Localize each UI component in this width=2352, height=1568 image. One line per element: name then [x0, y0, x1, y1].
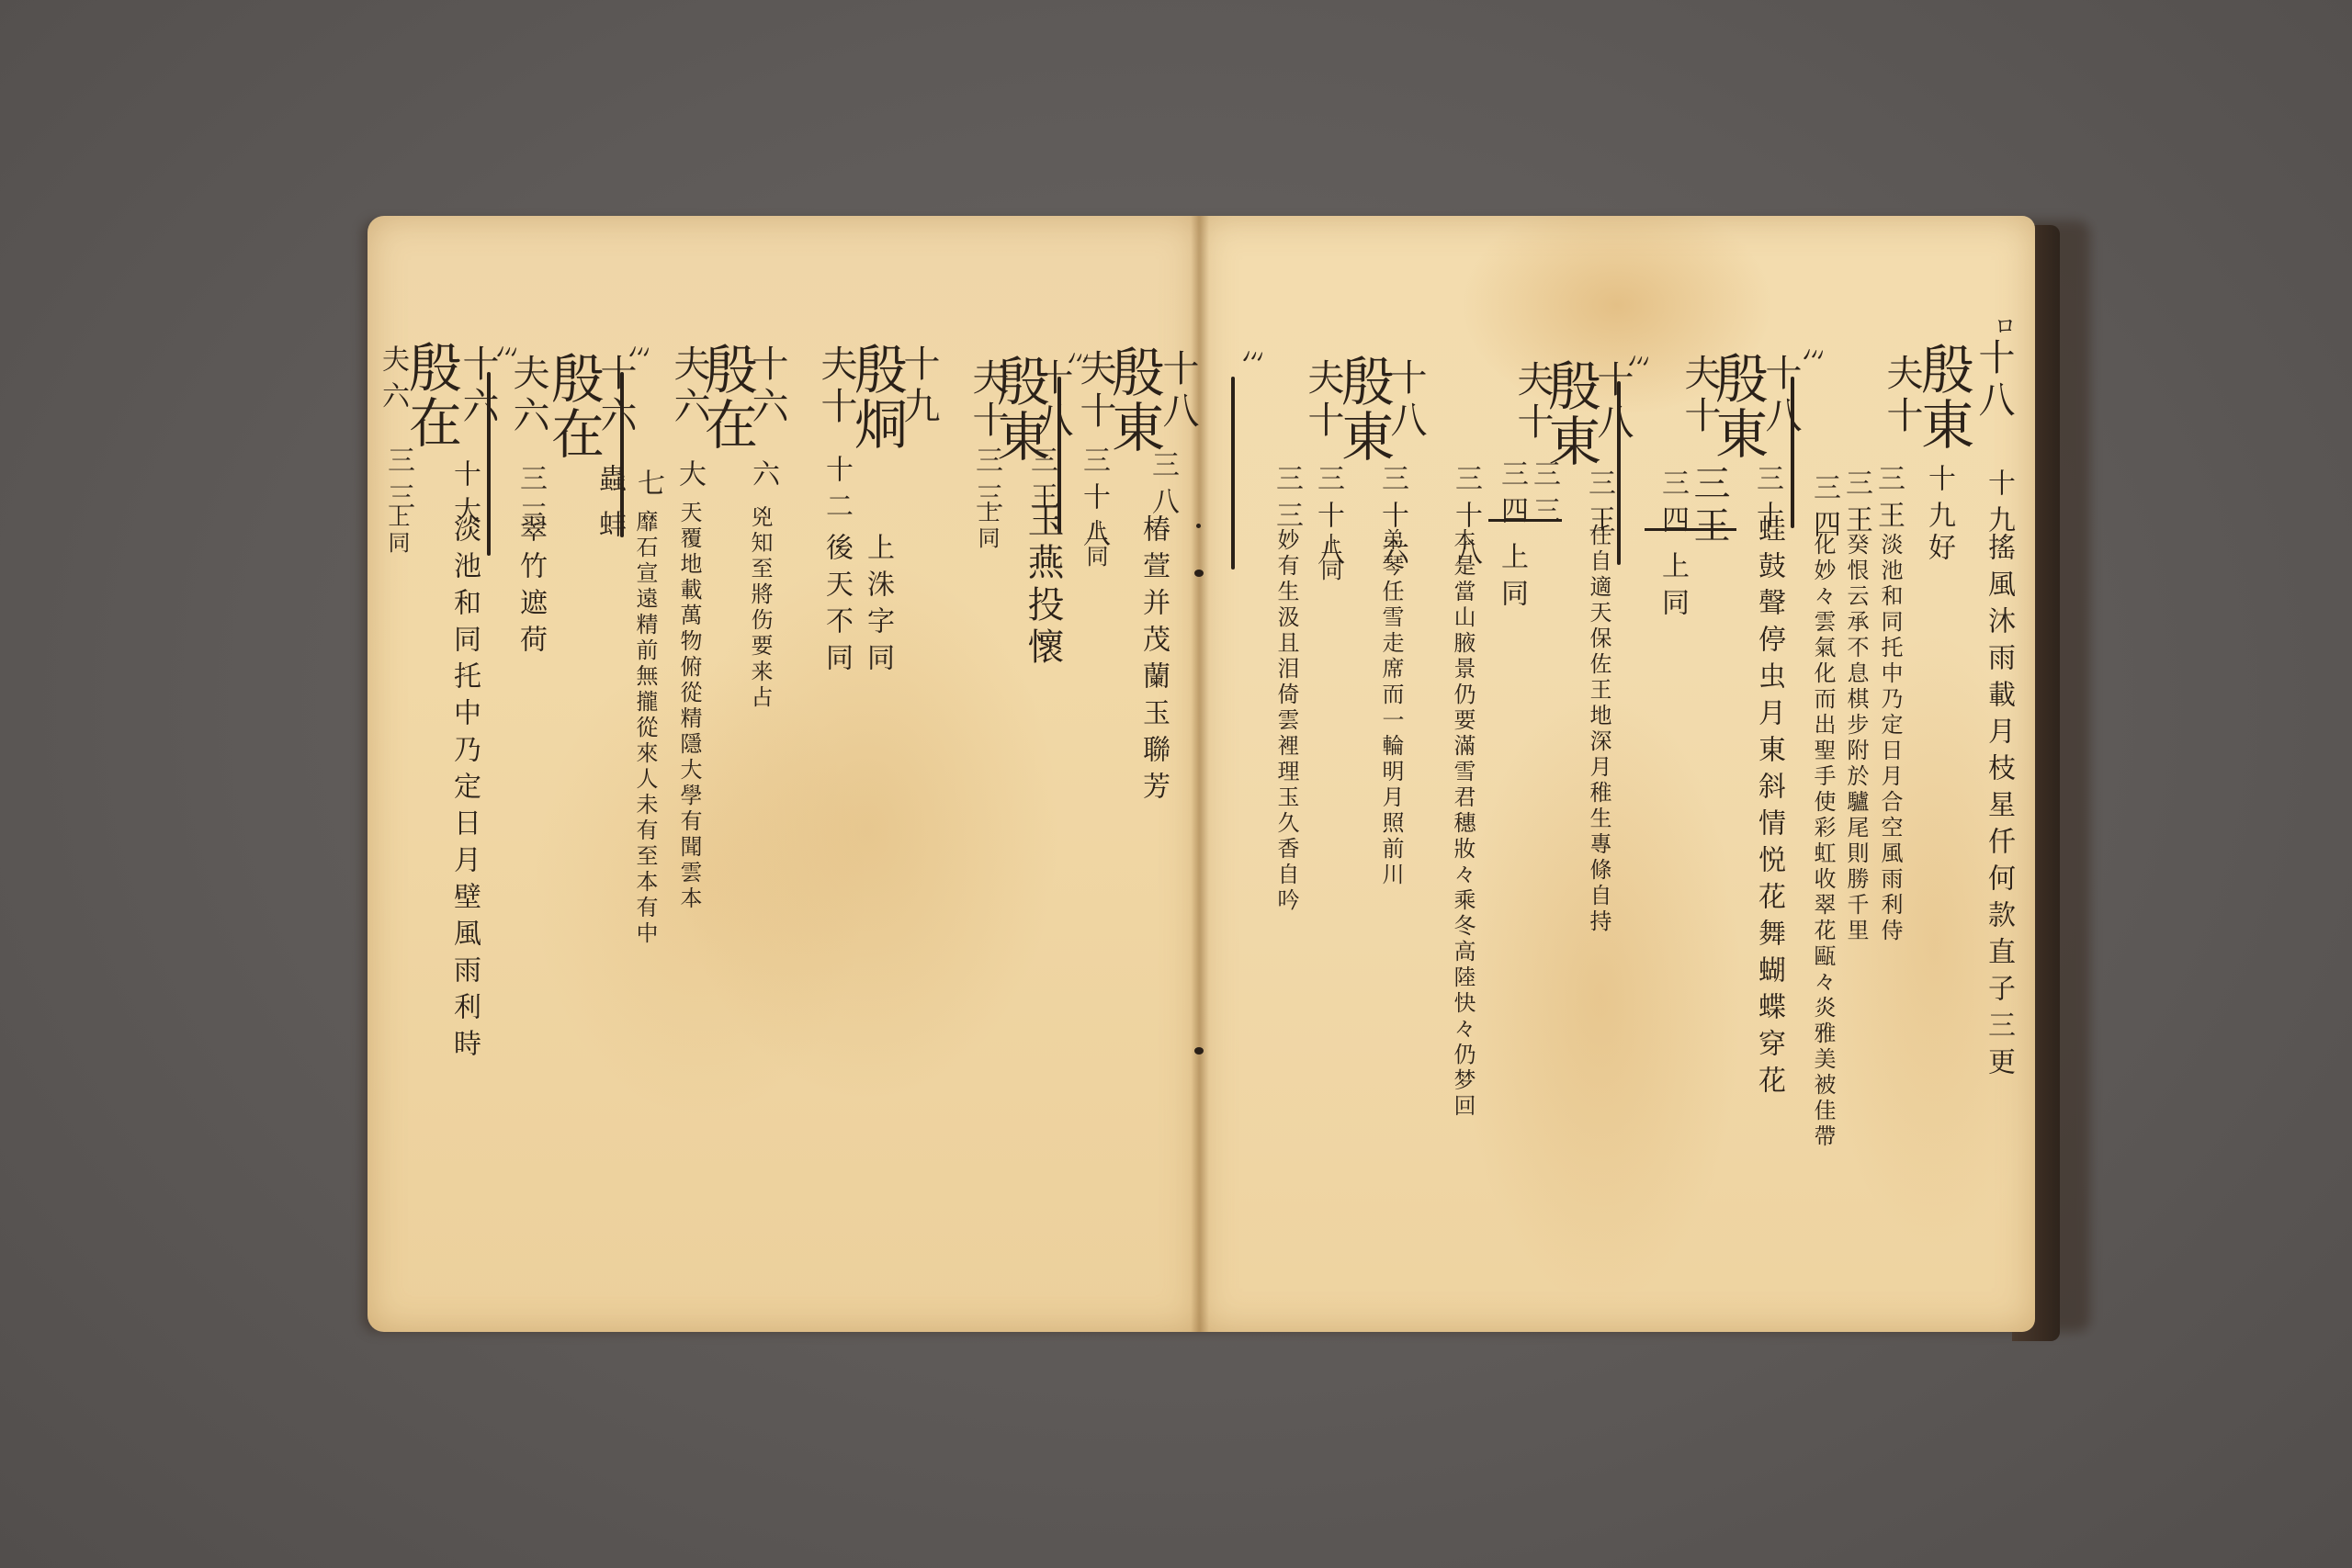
column-divider: [1231, 377, 1235, 570]
line-text: 本是當山腋景仍要滿雪君穗妝々乘冬高陸快々仍梦回: [1452, 528, 1474, 1120]
entry-side: 夫十: [1514, 360, 1551, 445]
line-text: 玉燕投懷: [1024, 501, 1061, 670]
entry-header: 殷在: [547, 351, 600, 461]
line-num: 十九: [1925, 464, 1952, 537]
entry-header: 殷烔: [850, 342, 903, 452]
line-text: 蛙鼓聲停虫月東斜情悦花舞蝴蝶穿花: [1755, 514, 1782, 1102]
line-text: 上同: [386, 505, 408, 557]
line-num: 三四: [1658, 468, 1686, 542]
line-num: 十二: [822, 455, 850, 528]
line-num: 六: [749, 459, 776, 496]
line-num: 七: [634, 468, 661, 505]
line-text: 弟琴任雪走席而一輪明月照前川: [1380, 528, 1402, 888]
line-text: 任自適天保佐王地深月稚生專條自持: [1588, 524, 1610, 935]
line-text: 兇知至將伤要来占: [749, 505, 771, 711]
line-text: 搖風沐雨載月枝星仟何款直子三更: [1984, 533, 2012, 1084]
line-text: 好: [1925, 533, 1952, 570]
line-text: 天覆地載萬物俯從精隱大學有聞雲本: [678, 501, 700, 912]
bracket-line: [1488, 519, 1562, 522]
line-text: 洙字同: [864, 570, 891, 680]
line-text: 化妙々雲氣化而出聖手使彩虹收翠花甌々炎雅美被佳帶: [1812, 533, 1834, 1150]
entry-side: 夫十: [1681, 354, 1718, 438]
line-num: 三王: [1842, 468, 1870, 542]
entry-side: 夫六: [510, 354, 547, 438]
line-text: 翠竹遮荷: [516, 514, 544, 661]
entry-top-num: 十八: [1975, 338, 2012, 423]
line-num: 大: [675, 459, 703, 496]
bracket-line: [1645, 528, 1736, 531]
entry-side: 夫六: [379, 344, 406, 418]
entry-side: 夫十: [1305, 358, 1341, 443]
column-hook-mark: ﾐ: [1231, 349, 1272, 363]
line-text: 上同: [1658, 551, 1686, 625]
entry-header: 殷東: [1337, 354, 1390, 464]
line-num: 三四: [1498, 459, 1525, 533]
entry-side: 夫十: [969, 358, 1006, 443]
page-mark: ロ: [1992, 314, 2014, 340]
line-text: 靡石宣遠精前無攏從來人未有至本有中: [634, 510, 656, 947]
line-num: 三王: [1874, 464, 1902, 537]
line-text: 癸恨云承不息棋步附於驢尾則勝千里: [1845, 533, 1867, 944]
line-text: 上同: [1318, 533, 1340, 584]
entry-side: 夫六: [671, 344, 707, 429]
line-text: 上同: [976, 501, 998, 552]
line-num: 三三: [1530, 459, 1557, 533]
line-text: 上同: [1498, 542, 1525, 615]
line-text: 淡池和同托中乃定日月壁風雨利時: [450, 514, 478, 1066]
stitch-hole: [1196, 524, 1201, 528]
line-text: 蚌: [595, 510, 623, 547]
entry-top-num: 十六: [459, 344, 496, 429]
line-num: 三三: [1272, 464, 1300, 537]
line-text: 淡池和同托中乃定日月合空風雨利侍: [1879, 533, 1901, 944]
entry-side: 夫十: [818, 344, 854, 429]
line-text: 椿萱并茂蘭玉聯芳: [1139, 514, 1167, 808]
stitch-hole: [1194, 1047, 1204, 1055]
entry-header: 殷在: [404, 340, 458, 450]
entry-header: 殷東: [1917, 342, 1970, 452]
line-text: 上同: [1084, 519, 1106, 570]
line-num: 十九: [1984, 468, 2012, 542]
line-text: 妙有生汲且泪倚雲裡理玉久香自吟: [1275, 528, 1297, 914]
line-num: 三八: [1148, 450, 1176, 524]
entry-side: 夫十: [1883, 354, 1920, 438]
line-num: 蟲: [595, 464, 623, 501]
line-num: 三王: [1690, 464, 1727, 548]
entry-top-num: 十八: [1159, 349, 1196, 434]
line-num: 上: [864, 533, 891, 570]
line-text: 後天不同: [822, 533, 850, 680]
stitch-hole: [1194, 570, 1204, 577]
